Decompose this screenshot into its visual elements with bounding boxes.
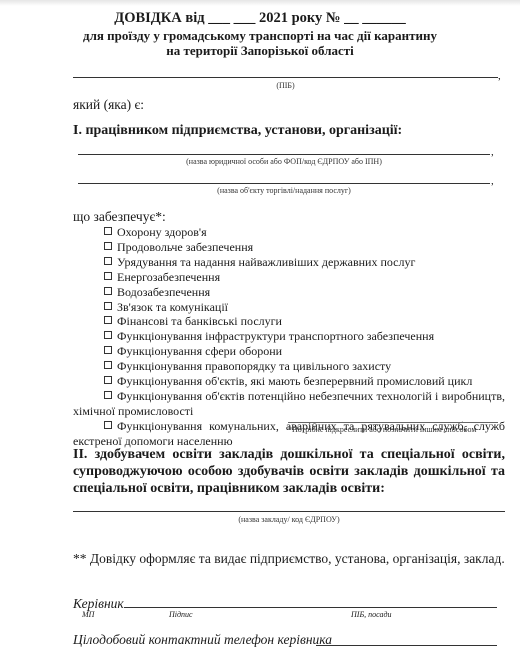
checkbox-icon[interactable] xyxy=(104,302,112,310)
option-label: Водозабезпечення xyxy=(117,285,210,299)
option-label: Продовольче забезпечення xyxy=(117,240,253,254)
option-government-services[interactable]: Урядування та надання найважливіших держ… xyxy=(104,255,415,270)
option-water-supply[interactable]: Водозабезпечення xyxy=(104,285,210,300)
option-transport-infrastructure[interactable]: Функціонування інфраструктури транспортн… xyxy=(104,329,434,344)
checkbox-icon[interactable] xyxy=(104,331,112,339)
signature-caption: Підпис xyxy=(169,610,193,619)
option-label: Функціонування сфери оборони xyxy=(117,344,282,358)
page-top-shadow xyxy=(0,0,520,6)
checkbox-icon[interactable] xyxy=(104,227,112,235)
option-label: Функціонування об'єктів потенційно небез… xyxy=(73,389,505,418)
footnote-text: *Потрібне підкреслити або позначити інши… xyxy=(288,425,476,434)
option-financial-services[interactable]: Фінансові та банківські послуги xyxy=(104,314,282,329)
full-name-field[interactable] xyxy=(73,77,498,78)
option-label: Функціонування інфраструктури транспортн… xyxy=(117,329,434,343)
institution-field[interactable] xyxy=(73,511,505,512)
option-emergency-services[interactable]: Функціонування комунальних, аварійних та… xyxy=(73,419,505,449)
option-defense[interactable]: Функціонування сфери оборони xyxy=(104,344,282,359)
legal-entity-field[interactable] xyxy=(78,154,490,155)
footnote-divider xyxy=(288,422,498,423)
option-continuous-industry[interactable]: Функціонування об'єктів, які мають безпе… xyxy=(104,374,472,389)
phone-field[interactable] xyxy=(316,645,497,646)
option-label: Функціонування об'єктів, які мають безпе… xyxy=(117,374,472,388)
legal-entity-caption: (назва юридичної особи або ФОП/код ЄДРПО… xyxy=(78,157,490,166)
checkbox-icon[interactable] xyxy=(104,257,112,265)
option-hazardous-industry[interactable]: Функціонування об'єктів потенційно небез… xyxy=(73,389,505,419)
stamp-caption: МП xyxy=(82,610,94,619)
provides-label: що забезпечує*: xyxy=(73,209,166,225)
document-subtitle-line1: для проїзду у громадському транспорті на… xyxy=(0,28,520,44)
option-label: Функціонування правопорядку та цивільног… xyxy=(117,359,391,373)
checkbox-icon[interactable] xyxy=(104,361,112,369)
option-label: Охорону здоров'я xyxy=(117,225,207,239)
checkbox-icon[interactable] xyxy=(104,272,112,280)
checkbox-icon[interactable] xyxy=(104,242,112,250)
section2-heading: ІІ. здобувачем освіти закладів дошкільно… xyxy=(73,446,505,497)
name-position-caption: ПІБ, посади xyxy=(351,610,392,619)
option-food-supply[interactable]: Продовольче забезпечення xyxy=(104,240,253,255)
checkbox-icon[interactable] xyxy=(104,287,112,295)
facility-name-field[interactable] xyxy=(78,183,490,184)
option-law-enforcement[interactable]: Функціонування правопорядку та цивільног… xyxy=(104,359,391,374)
option-label: Енергозабезпечення xyxy=(117,270,220,284)
option-energy-supply[interactable]: Енергозабезпечення xyxy=(104,270,220,285)
facility-name-caption: (назва об'єкту торгівлі/надання послуг) xyxy=(78,186,490,195)
option-label: Зв'язок та комунікації xyxy=(117,300,228,314)
checkbox-icon[interactable] xyxy=(104,421,112,429)
checkbox-icon[interactable] xyxy=(104,316,112,324)
intro-text: який (яка) є: xyxy=(73,97,144,113)
facility-name-comma: , xyxy=(491,175,494,187)
option-communications[interactable]: Зв'язок та комунікації xyxy=(104,300,228,315)
checkbox-icon[interactable] xyxy=(104,391,112,399)
issuer-note: ** Довідку оформляє та видає підприємств… xyxy=(73,551,505,567)
document-title: ДОВІДКА від ___ ___ 2021 року № __ _____… xyxy=(0,10,520,27)
full-name-comma: , xyxy=(498,70,501,82)
section1-heading: І. працівником підприємства, установи, о… xyxy=(73,123,402,139)
full-name-caption: (ПІБ) xyxy=(73,81,498,90)
option-label: Урядування та надання найважливіших держ… xyxy=(117,255,415,269)
phone-label: Цілодобовий контактний телефон керівника xyxy=(73,632,332,648)
document-subtitle-line2: на території Запорізької області xyxy=(0,43,520,59)
option-healthcare[interactable]: Охорону здоров'я xyxy=(104,225,207,240)
institution-caption: (назва закладу/ код ЄДРПОУ) xyxy=(73,515,505,524)
checkbox-icon[interactable] xyxy=(104,346,112,354)
director-label: Керівник xyxy=(73,596,124,612)
legal-entity-comma: , xyxy=(491,146,494,158)
director-signature-field[interactable] xyxy=(124,607,497,608)
checkbox-icon[interactable] xyxy=(104,376,112,384)
option-label: Фінансові та банківські послуги xyxy=(117,314,282,328)
